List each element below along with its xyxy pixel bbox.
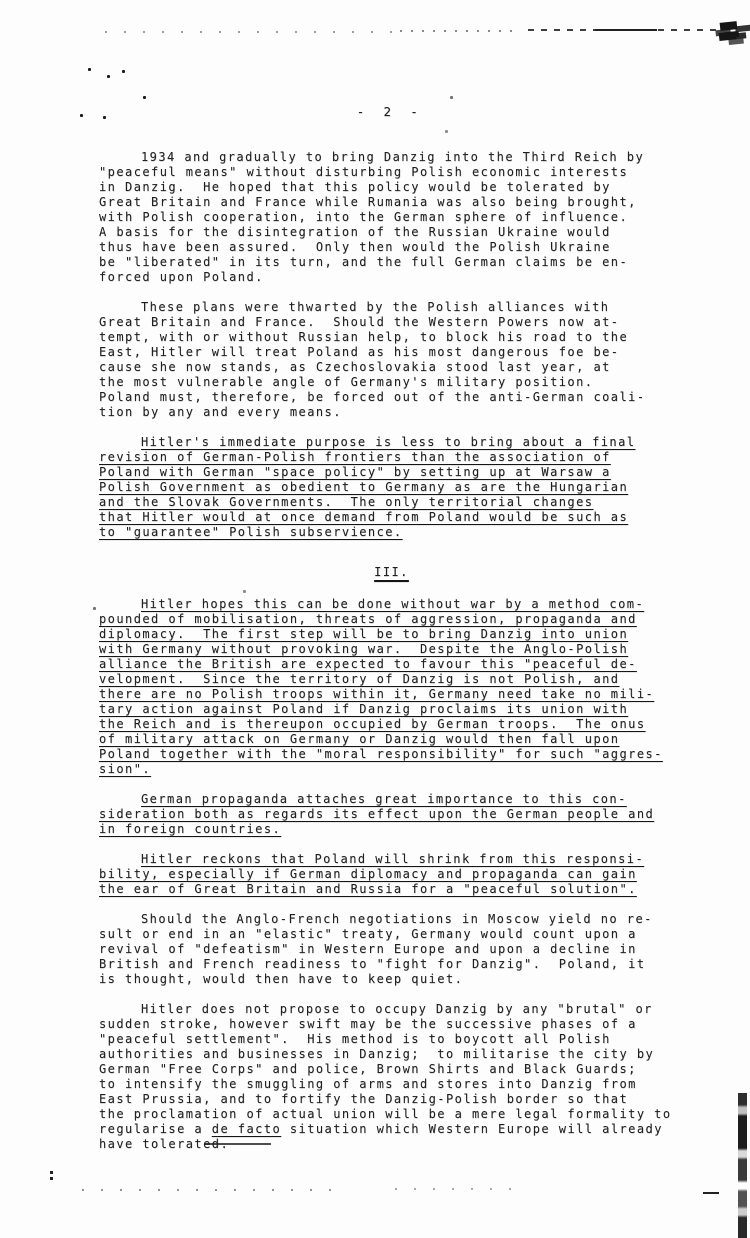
text-line: the ear of Great Britain and Russia for … <box>99 882 684 897</box>
text-line: Hitler reckons that Poland will shrink f… <box>99 852 684 867</box>
text-line: with Polish cooperation, into the German… <box>99 210 684 225</box>
paragraph: These plans were thwarted by the Polish … <box>99 300 684 420</box>
text-line: British and French readiness to "fight f… <box>99 957 684 972</box>
text-line: of military attack on Germany or Danzig … <box>99 732 684 747</box>
scan-artifact-top-dots-mid <box>400 30 518 32</box>
scan-speck <box>450 96 453 99</box>
text-line: These plans were thwarted by the Polish … <box>99 300 684 315</box>
text-line: thus have been assured. Only then would … <box>99 240 684 255</box>
scan-artifact-bottom-dots-mid <box>395 1188 525 1190</box>
scan-artifact-top-solid-line <box>595 29 657 31</box>
scan-speck <box>143 96 146 99</box>
text-line: the most vulnerable angle of Germany's m… <box>99 375 684 390</box>
document-page: - 2 - 1934 and gradually to bring Danzig… <box>0 0 750 1238</box>
text-line: bility, especially if German diplomacy a… <box>99 867 684 882</box>
text-line: with Germany without provoking war. Desp… <box>99 642 684 657</box>
text-line: East, Hitler will treat Poland as his mo… <box>99 345 684 360</box>
scan-artifact-top-dashes <box>528 29 738 31</box>
text-line: 1934 and gradually to bring Danzig into … <box>99 150 684 165</box>
scan-artifact-right-streak <box>738 1093 747 1238</box>
text-line: be "liberated" in its turn, and the full… <box>99 255 684 270</box>
scan-artifact-left-tick <box>50 1171 53 1182</box>
text-line: Hitler hopes this can be done without wa… <box>99 597 684 612</box>
text-line: in foreign countries. <box>99 822 684 837</box>
text-line: to intensify the smuggling of arms and s… <box>99 1077 684 1092</box>
scan-speck <box>445 130 448 133</box>
paragraph: Hitler hopes this can be done without wa… <box>99 597 684 777</box>
text-line: Great Britain and France while Rumania w… <box>99 195 684 210</box>
text-line: tempt, with or without Russian help, to … <box>99 330 684 345</box>
text-line: forced upon Poland. <box>99 270 684 285</box>
section-heading: III. <box>99 565 684 580</box>
text-line: that Hitler would at once demand from Po… <box>99 510 684 525</box>
scan-speck <box>93 607 96 610</box>
text-line: the Reich and is thereupon occupied by G… <box>99 717 684 732</box>
text-line: sudden stroke, however swift may be the … <box>99 1017 684 1032</box>
scan-speck <box>88 68 91 71</box>
text-line: authorities and businesses in Danzig; to… <box>99 1047 684 1062</box>
text-line: pounded of mobilisation, threats of aggr… <box>99 612 684 627</box>
text-line: "peaceful settlement". His method is to … <box>99 1032 684 1047</box>
text-line: "peaceful means" without disturbing Poli… <box>99 165 684 180</box>
text-line: velopment. Since the territory of Danzig… <box>99 672 684 687</box>
text-line: A basis for the disintegration of the Ru… <box>99 225 684 240</box>
text-line: regularise a de facto situation which We… <box>99 1122 684 1137</box>
text-line: Hitler does not propose to occupy Danzig… <box>99 1002 684 1017</box>
paragraph: Hitler's immediate purpose is less to br… <box>99 435 684 540</box>
paragraph: 1934 and gradually to bring Danzig into … <box>99 150 684 285</box>
text-line: Polish Government as obedient to Germany… <box>99 480 684 495</box>
text-line: cause she now stands, as Czechoslovakia … <box>99 360 684 375</box>
text-line: East Prussia, and to fortify the Danzig-… <box>99 1092 684 1107</box>
text-line: is thought, would then have to keep quie… <box>99 972 684 987</box>
text-line: Poland with German "space policy" by set… <box>99 465 684 480</box>
page-number: - 2 - <box>99 104 677 119</box>
text-line: tary action against Poland if Danzig pro… <box>99 702 684 717</box>
paragraph: Hitler does not propose to occupy Danzig… <box>99 1002 684 1152</box>
text-line: to "guarantee" Polish subservience. <box>99 525 684 540</box>
text-segment: regularise a <box>99 1122 212 1136</box>
document-body: 1934 and gradually to bring Danzig into … <box>99 150 684 1167</box>
text-line: sion". <box>99 762 684 777</box>
paragraph: German propaganda attaches great importa… <box>99 792 684 837</box>
text-line: in Danzig. He hoped that this policy wou… <box>99 180 684 195</box>
text-line: have tolerated. <box>99 1137 684 1152</box>
text-line: sult or end in an "elastic" treaty, Germ… <box>99 927 684 942</box>
text-line: German propaganda attaches great importa… <box>99 792 684 807</box>
text-line: Hitler's immediate purpose is less to br… <box>99 435 684 450</box>
text-line: Poland together with the "moral responsi… <box>99 747 684 762</box>
text-line: tion by any and every means. <box>99 405 684 420</box>
text-line: diplomacy. The first step will be to bri… <box>99 627 684 642</box>
text-line: Great Britain and France. Should the Wes… <box>99 315 684 330</box>
text-line: revival of "defeatism" in Western Europe… <box>99 942 684 957</box>
text-line: alliance the British are expected to fav… <box>99 657 684 672</box>
text-line: there are no Polish troops within it, Ge… <box>99 687 684 702</box>
text-line: Poland must, therefore, be forced out of… <box>99 390 684 405</box>
paragraph: Hitler reckons that Poland will shrink f… <box>99 852 684 897</box>
text-line: Should the Anglo-French negotiations in … <box>99 912 684 927</box>
text-segment: situation which Western Europe will alre… <box>281 1122 663 1136</box>
scan-artifact-top-dots-left <box>105 31 395 33</box>
text-line: German "Free Corps" and police, Brown Sh… <box>99 1062 684 1077</box>
scan-speck <box>80 114 83 117</box>
scan-artifact-bottom-dash <box>703 1192 719 1194</box>
scan-speck <box>107 75 110 78</box>
paragraph: Should the Anglo-French negotiations in … <box>99 912 684 987</box>
text-line: the proclamation of actual union will be… <box>99 1107 684 1122</box>
scan-artifact-corner-scribble <box>720 21 738 31</box>
text-line: revision of German-Polish frontiers than… <box>99 450 684 465</box>
text-line: and the Slovak Governments. The only ter… <box>99 495 684 510</box>
underlined-phrase: de facto <box>212 1122 281 1136</box>
scan-artifact-bottom-dots-left <box>82 1189 332 1191</box>
text-line: sideration both as regards its effect up… <box>99 807 684 822</box>
scan-speck <box>122 70 125 73</box>
